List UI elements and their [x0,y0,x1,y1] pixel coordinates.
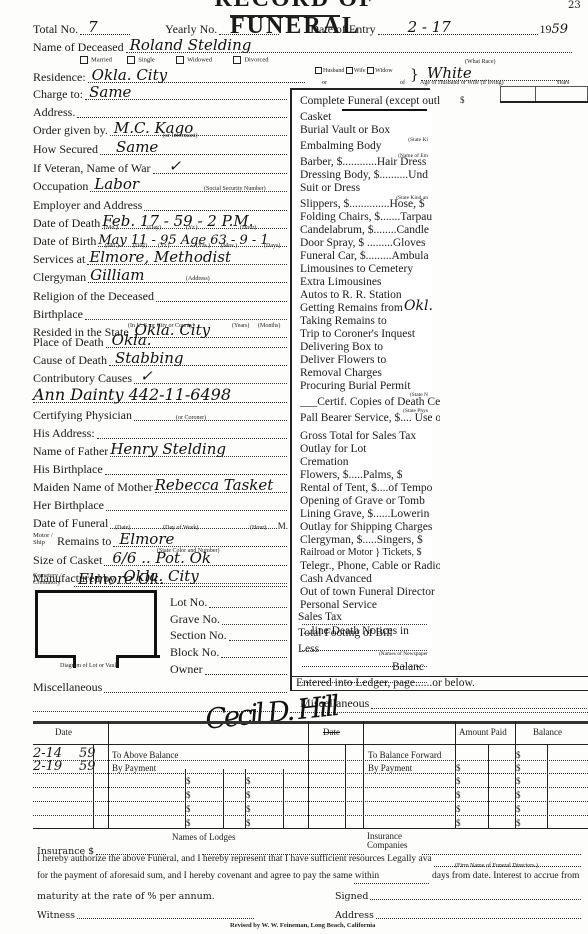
charge-balance: Balanc [392,661,424,673]
address-field[interactable] [77,106,287,118]
charge-telegr: Telegr., Phone, Cable or Radio [300,560,440,572]
employer-row: Employer and Address [33,195,288,213]
page-number: 23 [568,0,581,11]
date-entry-label: Date of Entry [310,22,375,37]
cause-of-death-row: Cause of DeathStabbing [33,350,288,368]
ledger-amount-paid-header: Amount Paid [459,727,507,737]
charge-flowers: Flowers, $.....Palms, $ [300,469,440,481]
veteran-field[interactable]: ✓ [153,162,287,174]
charge-barber: Barber, $............Hair Dress [300,156,440,168]
marital-status-group: Married Single Widowed Divorced [80,56,269,64]
charge-gross-total: Gross Total for Sales Tax [300,430,440,442]
employer-field[interactable] [144,199,287,211]
charge-sales-tax: Sales Tax [298,611,342,623]
charge-dressing: Dressing Body, $..........Und [300,169,440,181]
services-field[interactable]: Elmore, Methodist [87,253,287,265]
days-field[interactable] [354,872,429,884]
charge-embalming: Embalming Body [300,140,440,152]
residence-field[interactable]: Okla. City [88,71,305,83]
payment-ledger: Date Date Amount Paid Balance 2-14 59 To… [33,721,588,828]
residence-row: Residence: Okla. City [33,67,306,85]
authorize-text: I hereby authorize the above Funeral, an… [37,854,432,864]
her-birthplace-field[interactable] [106,499,287,511]
payment-text: for the payment of aforesaid sum, and I … [37,871,392,881]
charges-amount-columns [500,86,588,102]
charge-outlay-lot: Outlay for Lot [300,443,440,455]
contributory-field[interactable]: ✓ [134,372,287,384]
widow-checkbox[interactable] [367,67,374,74]
charge-personal-service: Personal Service [300,599,440,611]
services-row: Services atElmore, Methodist [33,249,288,267]
charge-deliver-flowers: Deliver Flowers to [300,354,440,366]
charge-removal: Removal Charges [300,367,440,379]
physician-name-row: Ann Dainty 442-11-6498 [33,387,288,405]
charge-funeral-car: Funeral Car, $.........Ambula [300,250,440,262]
how-secured-row: How SecuredSame [33,139,288,157]
charges-panel: Complete Funeral (except outlays) Casket… [290,88,430,691]
charge-tent: Rental of Tent, $....of Tempo [300,482,440,494]
clergyman-row: ClergymanGilliam [33,267,288,285]
misc-row: Miscellaneous [33,677,288,695]
witness-row: Witness [37,903,255,921]
father-row: Name of FatherHenry Stelding [33,441,288,459]
contributory-row: Contributory Causes✓ [33,368,288,386]
mother-row: Maiden Name of MotherRebecca Tasket [33,477,288,495]
charge-candelabrum: Candelabrum, $........Candle [300,224,440,236]
right-misc-row: Miscellaneous [300,693,588,711]
charge-delivering-box: Delivering Box to [300,341,440,353]
birthplace-row: Birthplace [33,304,288,322]
ledger-date-header-right: Date [323,727,340,737]
yearly-no-label: Yearly No. [165,22,217,37]
charge-less: Less [298,643,319,655]
block-no-row: Block No. [170,642,288,660]
charge-limousines: Limousines to Cemetery [300,263,440,275]
charge-to-field[interactable]: Same [85,88,287,100]
section-no-field[interactable] [229,629,287,641]
religion-field[interactable] [156,290,287,302]
his-address-field[interactable] [97,427,287,439]
name-field[interactable]: Roland Stelding [126,41,572,53]
insurance-companies-label: Insurance Companies [367,832,427,850]
ledger-balance-header: Balance [533,727,562,737]
lot-no-field[interactable] [209,596,287,608]
charge-death-certif: ___Certif. Copies of Death Certif [300,396,440,408]
ledger-row2-yr: 59 [79,759,96,774]
block-no-field[interactable] [221,646,287,658]
charge-shipping: Outlay for Shipping Charges [300,521,440,533]
certifying-physician-row: Certifying Physician [33,405,288,423]
charge-casket: Casket [300,111,440,123]
owner-row: Owner [170,659,288,677]
age-spouse-label: Age of Husband or Wife (if living) [420,80,504,86]
witness-field[interactable] [77,907,254,919]
entered-ledger: Entered into Ledger, page......or below. [296,677,475,689]
ledger-row2-desc: By Payment [112,763,156,773]
charge-complete-funeral: Complete Funeral (except outlays) [300,95,440,107]
birthplace-field[interactable] [85,308,287,320]
order-given-row: Order given by.M.C. Kago [33,120,288,138]
single-checkbox[interactable] [127,56,135,64]
charge-burial-permit: Procuring Burial Permit [300,380,440,392]
place-of-death-field[interactable]: Okla. [106,336,287,348]
husband-checkbox[interactable] [315,67,322,74]
his-birthplace-field[interactable] [105,463,287,475]
charge-opening-grave: Opening of Grave or Tomb [300,495,440,507]
charge-taking-remains: Taking Remains to [300,315,440,327]
spouse-or: or [322,80,327,86]
ledger-right-row1-desc: To Balance Forward [368,750,441,760]
total-no-field[interactable]: 7 [80,23,130,35]
title-underline [230,15,340,17]
funeral-record-page: RECORD OF FUNERAL 23 Total No. 7 Yearly … [0,0,588,934]
ledger-date-header: Date [55,727,72,737]
charge-out-of-town: Out of town Funeral Director [300,586,440,598]
days-from-text: days from date. Interest to accrue from [432,871,579,881]
address-row: Address. [33,102,288,120]
place-of-death-row: Place of DeathOkla. [33,332,288,350]
charge-coroner: Trip to Coroner's Inquest [300,328,440,340]
mother-field[interactable]: Rebecca Tasket [155,481,287,493]
ledger-right-row2-desc: By Payment [368,763,412,773]
charge-chairs: Folding Chairs, $.......Tarpau [300,211,440,223]
residence-label: Residence: [33,70,86,85]
section-no-row: Section No. [170,625,288,643]
veteran-row: If Veteran, Name of War✓ [33,158,288,176]
yearly-no-field[interactable] [219,23,279,35]
charge-burial-vault: Burial Vault or Box [300,124,440,136]
lot-no-row: Lot No. [170,592,288,610]
grave-no-field[interactable] [222,613,287,625]
maturity-row: maturity at the rate of% per annum. [37,884,212,902]
misc-field[interactable] [104,681,287,693]
charge-clergyman: Clergyman, $.....Singers, $ [300,534,440,546]
name-label: Name of Deceased [33,40,124,55]
footer-address-field[interactable] [376,907,581,919]
cause-of-death-field[interactable]: Stabbing [109,354,287,366]
father-field[interactable]: Henry Stelding [110,445,287,457]
certifying-physician-field[interactable] [134,409,287,421]
total-no-label: Total No. [33,22,78,37]
owner-field[interactable] [205,663,287,675]
date-of-birth-field[interactable]: May 11 - 95 Age 63 - 9 - 1 [98,235,287,247]
remains-to-field[interactable]: Elmore [113,535,287,547]
charge-slippers: Slippers, $..............Hose, $ [300,198,440,210]
signed-field[interactable] [370,888,581,900]
married-checkbox[interactable] [80,56,88,64]
how-secured-field[interactable]: Same [100,143,287,155]
his-birthplace-row: His Birthplace [33,459,288,477]
lot-diagram [35,590,157,658]
his-address-row: His Address: [33,423,288,441]
charge-cash-advanced: Cash Advanced [300,573,440,585]
year-value: 59 [551,22,568,37]
charges-dollar: $ [460,95,465,105]
her-birthplace-row: Her Birthplace [33,495,288,513]
signed-row: Signed [335,884,582,902]
ledger-row2-date: 2-19 [33,759,62,774]
charge-total-footing: Total Footing of Bill [298,627,393,639]
year-prefix: 19 [539,22,551,37]
spouse-group: Husband Wife Widow [315,67,393,74]
wife-checkbox[interactable] [346,67,353,74]
charge-pall-bearer: Pall Bearer Service, $.... Use o [300,412,440,424]
charge-tickets: Railroad or Motor } Tickets, $ [300,547,440,558]
firm-sub: (Firm Name of Funeral Directors.) [455,863,538,869]
getting-remains-value: Okl. [404,298,433,314]
charge-door-spray: Door Spray, $ .........Gloves [300,237,440,249]
divorced-checkbox[interactable] [233,56,241,64]
remains-to-row: Remains toElmore [57,531,288,549]
charge-suit: Suit or Dress [300,182,440,194]
lot-diagram-caption: Diagram of Lot or Vault [60,663,118,669]
widowed-checkbox[interactable] [176,56,184,64]
charge-cremation: Cremation [300,456,440,468]
header-row: Total No. 7 Yearly No. Date of Entry 2 -… [33,19,568,37]
spouse-of: of [400,80,405,86]
charge-lining-grave: Lining Grave, $......Lowerin [300,508,440,520]
religion-row: Religion of the Deceased [33,286,288,304]
footer-address-row: Address [335,903,582,921]
order-given-field[interactable]: M.C. Kago [110,124,287,136]
charge-extra-limousines: Extra Limousines [300,276,440,288]
casket-size-field[interactable]: 6/6 .. Pot. Ok [104,554,287,566]
cemetery-field[interactable]: Elmore Ok. [74,575,287,587]
ledger-row1-desc: To Above Balance [112,750,178,760]
name-row: Name of Deceased Roland Stelding [33,37,573,55]
date-entry-field[interactable]: 2 - 17 [378,23,539,35]
revised-credit: Revised by W. W. Feineman, Long Beach, C… [230,922,375,929]
right-misc-field[interactable] [371,697,587,709]
charge-to-row: Charge to:Same [33,84,288,102]
physician-name-field[interactable]: Ann Dainty 442-11-6498 [33,391,287,403]
cemetery-row: Elmore Ok. [72,571,288,589]
